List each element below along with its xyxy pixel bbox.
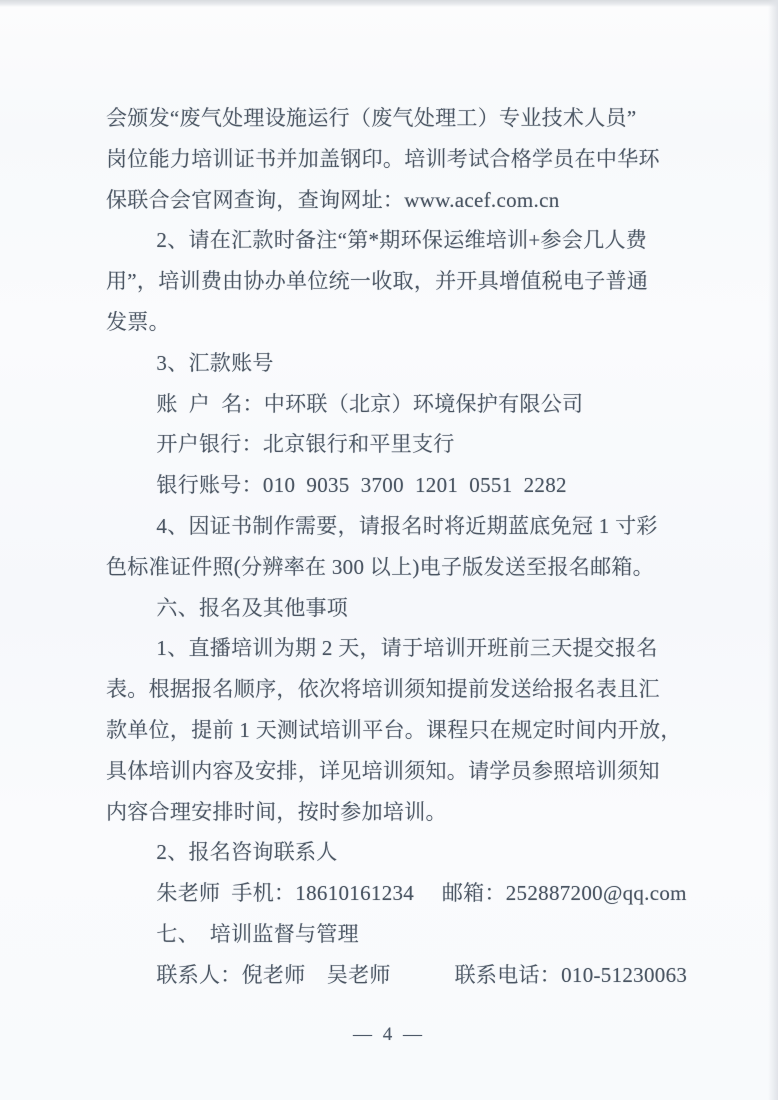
- line-certificate-issue-2: 岗位能力培训证书并加盖钢印。培训考试合格学员在中华环: [106, 139, 678, 180]
- line-training-arrangement-1: 1、直播培训为期 2 天，请于培训开班前三天提交报名: [106, 628, 678, 669]
- heading-remittance-account: 3、汇款账号: [106, 343, 678, 384]
- scan-edge-top: [0, 0, 778, 7]
- line-photo-requirement-2: 色标准证件照(分辨率在 300 以上)电子版发送至报名邮箱。: [106, 547, 678, 588]
- line-training-arrangement-3: 款单位，提前 1 天测试培训平台。课程只在规定时间内开放，: [106, 710, 678, 751]
- line-certificate-query-url: 保联合会官网查询，查询网址：www.acef.com.cn: [106, 180, 678, 221]
- line-training-arrangement-5: 内容合理安排时间，按时参加培训。: [106, 792, 678, 833]
- scan-edge-right: [768, 0, 778, 1100]
- line-photo-requirement-1: 4、因证书制作需要，请报名时将近期蓝底免冠 1 寸彩: [106, 506, 678, 547]
- line-bank-account-number: 银行账号：010 9035 3700 1201 0551 2282: [106, 465, 678, 506]
- page-number: — 4 —: [0, 1022, 778, 1048]
- heading-section-six-registration: 六、报名及其他事项: [106, 588, 678, 629]
- heading-registration-contact: 2、报名咨询联系人: [106, 832, 678, 873]
- line-remittance-note-1: 2、请在汇款时备注“第*期环保运维培训+参会几人费: [106, 220, 678, 261]
- scanned-document-page: 会颁发“废气处理设施运行（废气处理工）专业技术人员” 岗位能力培训证书并加盖钢印…: [0, 0, 778, 1100]
- line-training-arrangement-4: 具体培训内容及安排，详见培训须知。请学员参照培训须知: [106, 751, 678, 792]
- line-remittance-note-2: 用”，培训费由协办单位统一收取，并开具增值税电子普通: [106, 261, 678, 302]
- line-supervision-contacts: 联系人：倪老师 吴老师 联系电话：010-51230063: [106, 955, 678, 996]
- line-training-arrangement-2: 表。根据报名顺序，依次将培训须知提前发送给报名表且汇: [106, 669, 678, 710]
- line-remittance-note-3: 发票。: [106, 302, 678, 343]
- document-body: 会颁发“废气处理设施运行（废气处理工）专业技术人员” 岗位能力培训证书并加盖钢印…: [106, 98, 678, 996]
- line-bank-branch: 开户银行：北京银行和平里支行: [106, 424, 678, 465]
- line-contact-phone-email: 朱老师 手机：18610161234 邮箱：252887200@qq.com: [106, 873, 678, 914]
- line-account-name: 账 户 名：中环联（北京）环境保护有限公司: [106, 384, 678, 425]
- heading-section-seven-supervision: 七、 培训监督与管理: [106, 914, 678, 955]
- line-certificate-issue-1: 会颁发“废气处理设施运行（废气处理工）专业技术人员”: [106, 98, 678, 139]
